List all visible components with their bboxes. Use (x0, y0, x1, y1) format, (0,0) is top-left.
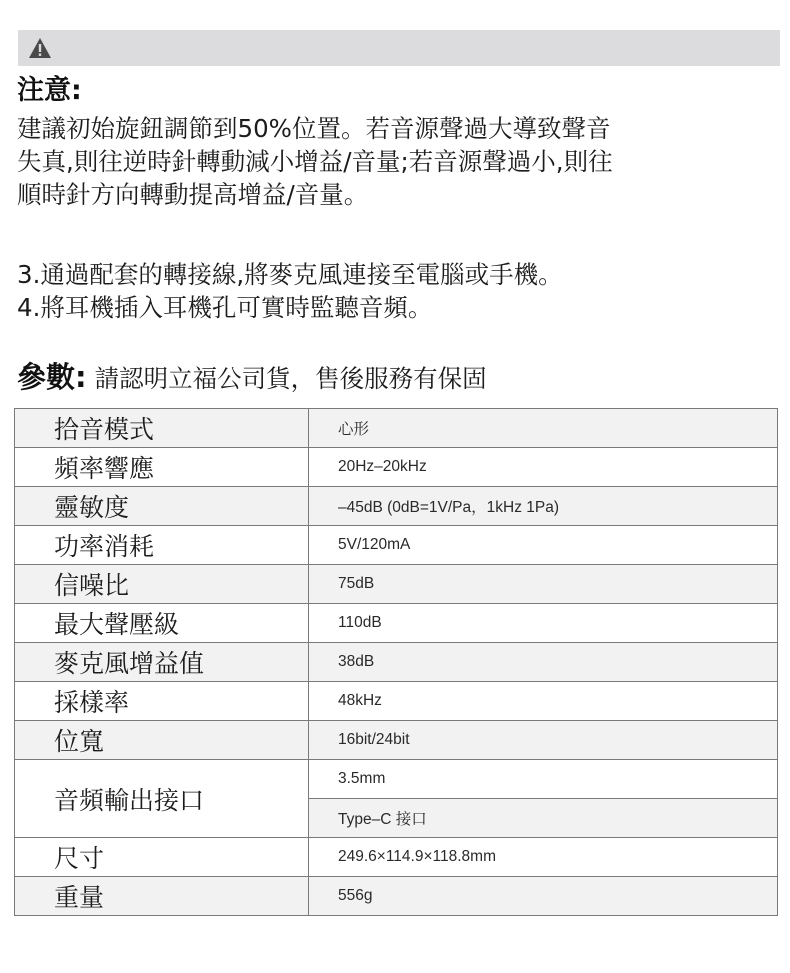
spec-label: 麥克風增益值 (15, 643, 309, 682)
warning-triangle-icon (29, 38, 51, 58)
notice-line: 順時針方向轉動提高增益/音量。 (17, 178, 787, 211)
table-row: 拾音模式 心形 (15, 409, 778, 448)
authenticity-note: 請認明立福公司貨，售後服務有保固 (95, 364, 487, 393)
specs-table: 拾音模式 心形 頻率響應 20Hz–20kHz 靈敏度 –45dB (0dB=1… (14, 408, 778, 916)
spec-value: 20Hz–20kHz (309, 448, 778, 487)
table-row: 麥克風增益值 38dB (15, 643, 778, 682)
spec-value: –45dB (0dB=1V/Pa，1kHz 1Pa) (309, 487, 778, 526)
spec-label: 尺寸 (15, 838, 309, 877)
spec-value: 16bit/24bit (309, 721, 778, 760)
table-row: 採樣率 48kHz (15, 682, 778, 721)
table-row: 最大聲壓級 110dB (15, 604, 778, 643)
params-title: 參數: (17, 360, 87, 394)
warning-bar (18, 30, 780, 66)
table-row: 靈敏度 –45dB (0dB=1V/Pa，1kHz 1Pa) (15, 487, 778, 526)
notice-title: 注意: (17, 74, 82, 108)
notice-body: 建議初始旋鈕調節到50%位置。若音源聲過大導致聲音 失真,則往逆時針轉動減小增益… (17, 112, 787, 211)
table-row: 功率消耗 5V/120mA (15, 526, 778, 565)
spec-value: 心形 (309, 409, 778, 448)
spec-value: 5V/120mA (309, 526, 778, 565)
table-row: 信噪比 75dB (15, 565, 778, 604)
instruction-steps: 3.通過配套的轉接線,將麥克風連接至電腦或手機。 4.將耳機插入耳機孔可實時監聽… (17, 258, 563, 324)
spec-label: 位寬 (15, 721, 309, 760)
table-row: 音頻輸出接口 3.5mm (15, 760, 778, 799)
spec-value: 48kHz (309, 682, 778, 721)
spec-value: 110dB (309, 604, 778, 643)
params-heading: 參數:請認明立福公司貨，售後服務有保固 (17, 358, 487, 401)
spec-value: 249.6×114.9×118.8mm (309, 838, 778, 877)
spec-label: 最大聲壓級 (15, 604, 309, 643)
notice-line: 失真,則往逆時針轉動減小增益/音量;若音源聲過小,則往 (17, 145, 787, 178)
notice-line: 建議初始旋鈕調節到50%位置。若音源聲過大導致聲音 (17, 112, 787, 145)
spec-label: 信噪比 (15, 565, 309, 604)
spec-value: Type–C 接口 (309, 799, 778, 838)
table-row: 頻率響應 20Hz–20kHz (15, 448, 778, 487)
spec-value: 556g (309, 877, 778, 916)
table-row: 位寬 16bit/24bit (15, 721, 778, 760)
step-item: 3.通過配套的轉接線,將麥克風連接至電腦或手機。 (17, 258, 563, 291)
step-item: 4.將耳機插入耳機孔可實時監聽音頻。 (17, 291, 563, 324)
spec-value: 3.5mm (309, 760, 778, 799)
spec-label: 重量 (15, 877, 309, 916)
spec-label: 靈敏度 (15, 487, 309, 526)
table-row: 尺寸 249.6×114.9×118.8mm (15, 838, 778, 877)
spec-label: 功率消耗 (15, 526, 309, 565)
spec-value: 75dB (309, 565, 778, 604)
spec-label: 採樣率 (15, 682, 309, 721)
spec-label: 音頻輸出接口 (15, 760, 309, 838)
table-row: 重量 556g (15, 877, 778, 916)
spec-value: 38dB (309, 643, 778, 682)
spec-label: 拾音模式 (15, 409, 309, 448)
spec-label: 頻率響應 (15, 448, 309, 487)
